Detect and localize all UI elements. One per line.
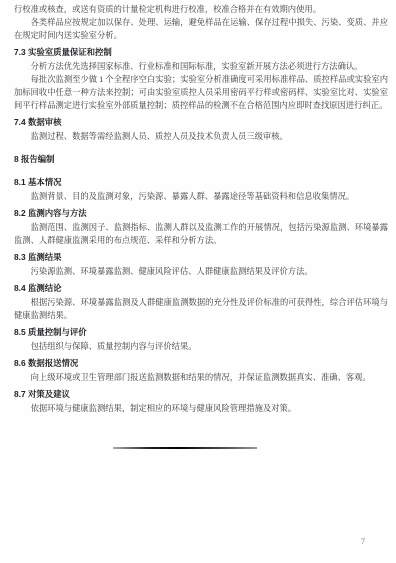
paragraph-countermeasures: 依据环境与健康监测结果，制定相应的环境与健康风险管理措施及对策。 — [14, 402, 388, 415]
section-heading-8-6: 8.6 数据报送情况 — [14, 357, 388, 370]
section-heading-8-3: 8.3 监测结果 — [14, 251, 388, 264]
section-heading-7-4: 7.4 数据审核 — [14, 116, 388, 129]
section-heading-8: 8 报告编制 — [14, 153, 388, 166]
section-heading-8-5: 8.5 质量控制与评价 — [14, 326, 388, 339]
paragraph-monitoring-content: 监测范围、监测因子、监测指标、监测人群以及监测工作的开展情况，包括污染源监测、环… — [14, 221, 388, 247]
paragraph-basic-info: 监测背景、目的及监测对象，污染源、暴露人群、暴露途径等基础资料和信息收集情况。 — [14, 190, 388, 203]
document-page: 行校准或核查，或送有资质的计量检定机构进行校准，校准合格并在有效期内使用。 各类… — [0, 0, 396, 563]
page-number: 7 — [357, 537, 369, 547]
section-heading-8-1: 8.1 基本情况 — [14, 176, 388, 189]
document-end-divider — [113, 447, 257, 449]
paragraph-monitoring-results: 污染源监测、环境暴露监测、健康风险评估、人群健康监测结果及评价方法。 — [14, 265, 388, 278]
paragraph-lab-qc: 每批次监测至少做 1 个全程序空白实验；实验室分析准确度可采用标准样品、质控样品… — [14, 73, 388, 112]
paragraph-method-selection: 分析方法优先选择国家标准、行业标准和国际标准，实验室新开展方法必须进行方法确认。 — [14, 60, 388, 73]
document-body: 行校准或核查，或送有资质的计量检定机构进行校准，校准合格并在有效期内使用。 各类… — [0, 0, 396, 415]
section-heading-8-2: 8.2 监测内容与方法 — [14, 207, 388, 220]
paragraph-quality-evaluation: 包括组织与保障、质量控制内容与评价结果。 — [14, 340, 388, 353]
section-heading-8-4: 8.4 监测结论 — [14, 282, 388, 295]
paragraph-monitoring-conclusion: 根据污染源、环境暴露监测及人群健康监测数据的充分性及评价标准的可获得性，综合评估… — [14, 296, 388, 322]
paragraph-sample-handling: 各类样品应按规定加以保存、处理、运输，避免样品在运输、保存过程中损失、污染、变质… — [14, 16, 388, 42]
section-heading-8-7: 8.7 对策及建议 — [14, 388, 388, 401]
paragraph-data-review: 监测过程、数据等需经监测人员、质控人员及技术负责人员三级审核。 — [14, 130, 388, 143]
paragraph-data-submission: 向上级环境或卫生管理部门报送监测数据和结果的情况，并保证监测数据真实、准确、客观… — [14, 371, 388, 384]
paragraph-calibration-continuation: 行校准或核查，或送有资质的计量检定机构进行校准，校准合格并在有效期内使用。 — [14, 3, 388, 16]
section-heading-7-3: 7.3 实验室质量保证和控制 — [14, 46, 388, 59]
